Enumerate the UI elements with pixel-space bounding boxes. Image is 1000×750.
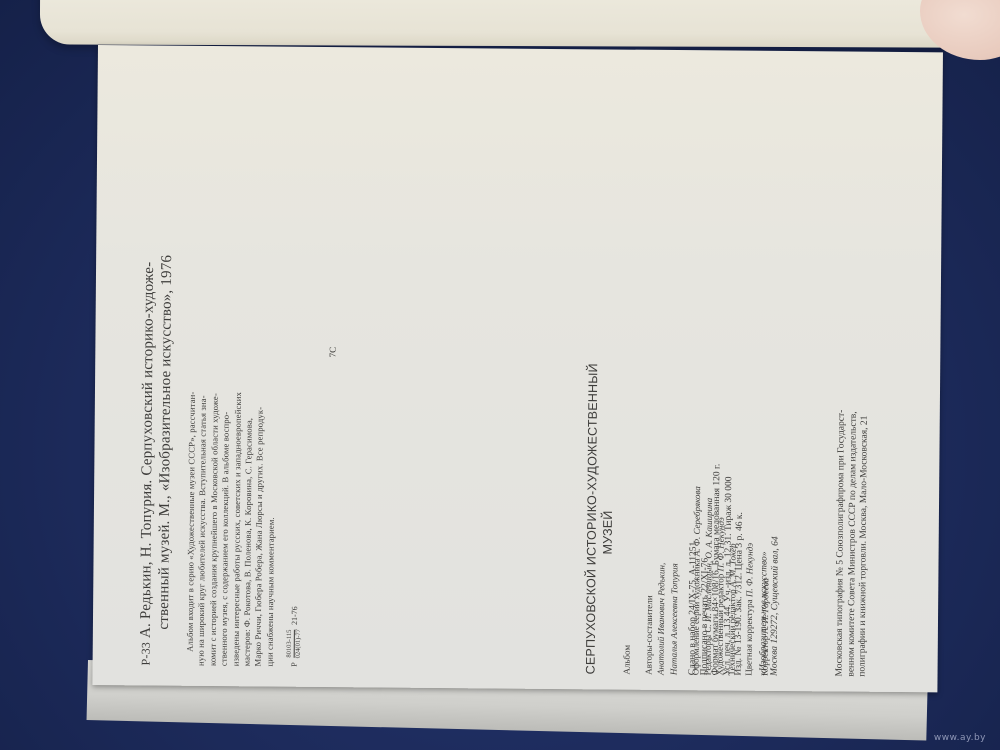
index-fraction: 80103-115 024(01)-77 — [286, 629, 303, 658]
book-type: Альбом — [621, 486, 635, 675]
title-line-1: СЕРПУХОВСКОЙ ИСТОРИКО-ХУДОЖЕСТВЕННЫЙ — [583, 374, 602, 674]
index-prefix: Р — [290, 662, 299, 667]
index-denominator: 024(01)-77 — [295, 629, 303, 658]
printer-line: полиграфии и книжной торговли. Москва, М… — [858, 410, 872, 677]
imprint-details: Сдано в набор 24/IX-75. А-11251 Подписан… — [688, 464, 783, 676]
watermark: www.ay.by — [934, 733, 986, 743]
author-name: Анатолий Иванович Редькин, — [656, 563, 667, 675]
index-numerator: 80103-115 — [286, 630, 295, 658]
previous-page-fold — [40, 0, 950, 48]
header-line-2: ственный музей. М., «Изобразительное иск… — [155, 146, 178, 666]
hand — [920, 0, 1000, 60]
library-index: Р 80103-115 024(01)-77 21-76 — [286, 147, 308, 667]
index-suffix: 21-76 — [290, 606, 299, 625]
catalog-code: Р-33 — [139, 642, 153, 666]
bibliographic-record: Р-33 А. Редькин, Н. Топурия. Серпуховски… — [137, 145, 308, 666]
imprint-page: Р-33 А. Редькин, Н. Топурия. Серпуховски… — [92, 45, 943, 692]
abstract: Альбом входит в серию «Художественные му… — [185, 146, 281, 667]
publisher-name: «Изобразительное искусство» — [758, 551, 769, 675]
printer-info: Московская типография № 5 Союзполиграфпр… — [835, 410, 872, 677]
author-name: Наталья Алексеевна Топурия — [668, 563, 679, 675]
publisher-address: Москва 129272, Сущевский вал, 64 — [770, 536, 781, 676]
title-line-2: МУЗЕЙ — [599, 374, 618, 674]
book-title: СЕРПУХОВСКОЙ ИСТОРИКО-ХУДОЖЕСТВЕННЫЙ МУЗ… — [583, 374, 618, 674]
classification-code: 7С — [328, 347, 338, 358]
imprint-line: Изд. № 13-190. Зак. 7312. Цена 3 р. 46 к… — [734, 464, 747, 676]
header-line-1: А. Редькин, Н. Топурия. Серпуховский ист… — [138, 262, 157, 639]
